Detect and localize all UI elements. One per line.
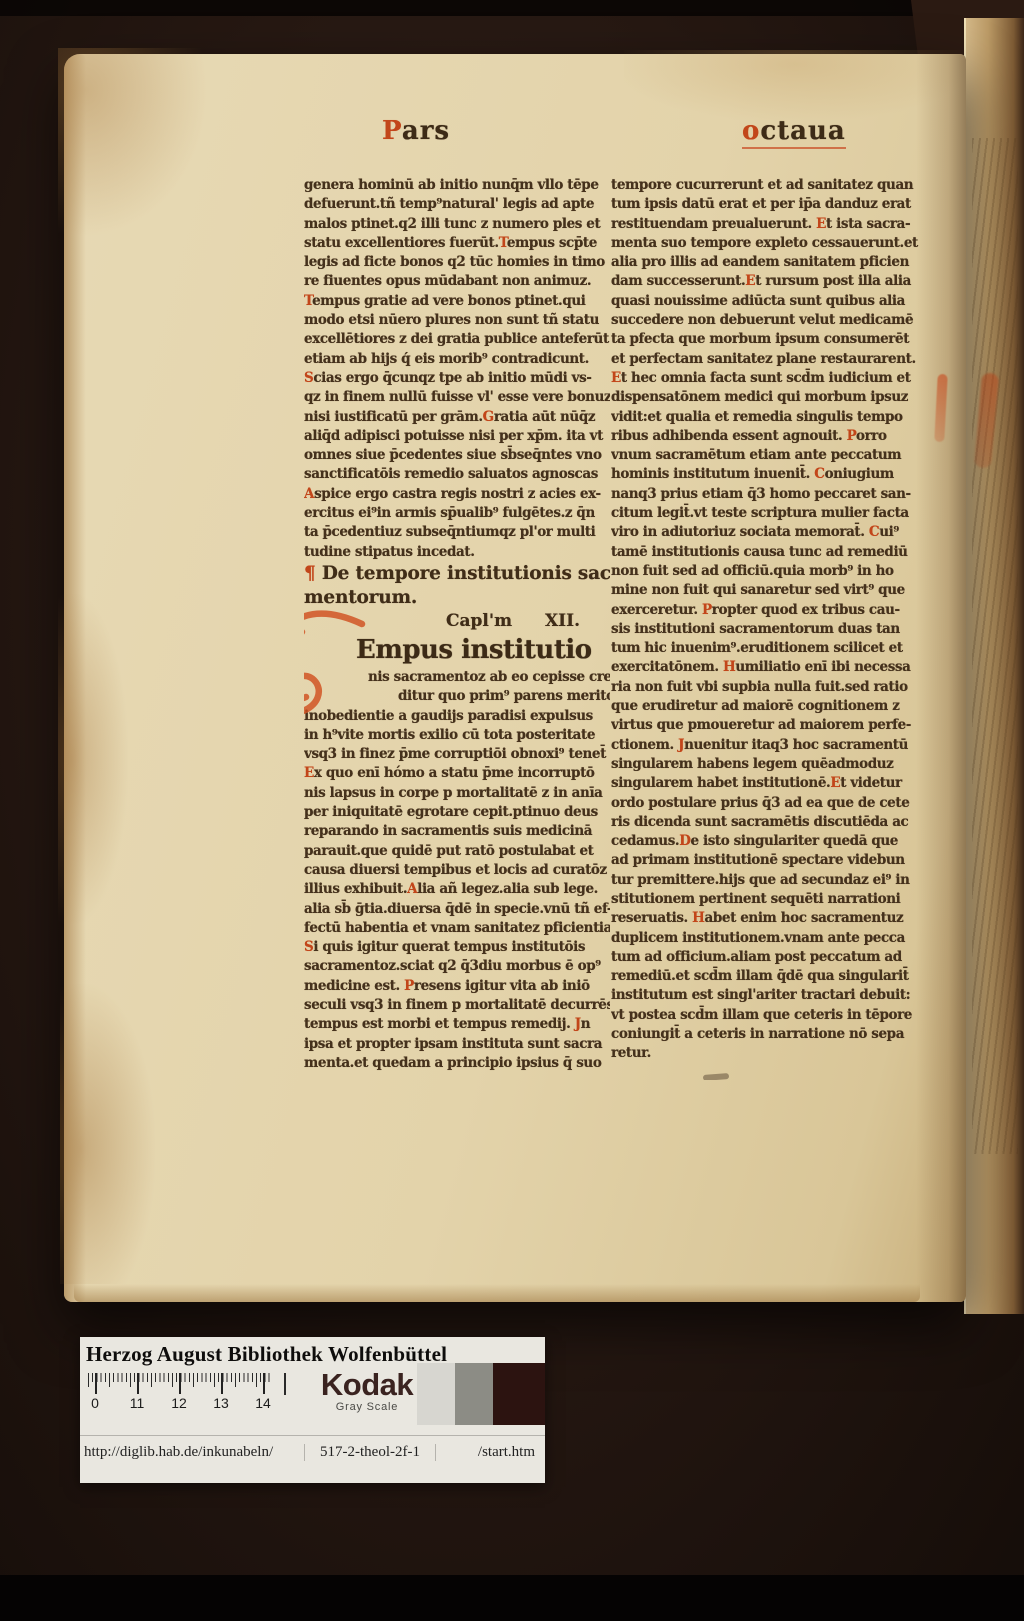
ruler-major-tick [221, 1373, 223, 1394]
ruler-label: 0 [74, 1395, 116, 1411]
next-page-edge [964, 18, 1024, 1314]
text-run: ratia aūt nūq̄z [494, 409, 595, 425]
text-run: ercitus ei⁹in armis sp̄ualib⁹ fulgētes.z… [304, 505, 595, 521]
text-line: duplicem institutionem.vnam ante pecca [611, 929, 923, 948]
text-run: non fuit sed ad officiū.quia morb⁹ in ho [611, 563, 894, 579]
text-run: malos ptinet.q2 illi tunc z numero ples … [304, 216, 600, 232]
text-run: P [404, 978, 414, 994]
text-line: alia sb̄ ḡtia.diuersa q̄dē in specie.vnū… [304, 900, 610, 919]
chapter-heading-line-1: ¶ De tempore institutionis sacra [304, 562, 610, 586]
text-run: 12 [171, 1395, 187, 1411]
text-run: tum hic inuenim⁹.eruditionem scilicet et [611, 640, 903, 656]
text-line: singularem habet institutionē.Et videtur [611, 774, 923, 793]
text-run: alia sb̄ ḡtia.diuersa q̄dē in specie.vnū… [304, 901, 610, 917]
text-run: P [847, 428, 856, 444]
right-body-lines: tempore cucurrerunt et ad sanitatez quan… [611, 176, 923, 1064]
ruler-label: 12 [158, 1395, 200, 1411]
text-run: ropter quod ex tribus cau- [712, 602, 900, 618]
text-run: cedamus. [611, 833, 679, 849]
text-run: tempore cucurrerunt et ad sanitatez quan [611, 177, 913, 193]
gray-scale-patches [417, 1363, 545, 1425]
text-run: dam successerunt. [611, 273, 745, 289]
text-run: tum ad officium.aliam post peccatum ad [611, 949, 902, 965]
text-run: medicine est. [304, 978, 404, 994]
text-line: defuerunt.tñ temp⁹natural' legis ad apte [304, 195, 610, 214]
digitization-url: http://diglib.hab.de/inkunabeln/ [80, 1444, 304, 1461]
text-run: causa diuersi tempibus et locis ad curat… [304, 862, 607, 878]
text-line: vsq3 in finez p̄me corruptiōi obnoxi⁹ te… [304, 745, 610, 764]
text-run: De tempore institutionis sacra [322, 563, 610, 584]
text-line: ditur quo prim⁹ parens merito [398, 687, 610, 706]
text-line: tum hic inuenim⁹.eruditionem scilicet et [611, 639, 923, 658]
text-line: nis lapsus in corpe p mortalitatē z in a… [304, 784, 610, 803]
text-line: ordo postulare prius q̄3 ad ea que de ce… [611, 794, 923, 813]
text-run: tudine stipatus incedat. [304, 544, 475, 560]
text-run: menta.et quedam a principio ipsius q̄ su… [304, 1055, 601, 1071]
text-run: G [483, 409, 494, 425]
text-run: oniugium [825, 466, 894, 482]
text-run: E [304, 765, 314, 781]
text-line: menta suo tempore expleto cessauerunt.et [611, 234, 923, 253]
text-run: i quis igitur querat tempus institutōis [313, 939, 585, 955]
text-run: restituendam preualuerunt. [611, 216, 816, 232]
text-line: sacramentoz.sciat q2 q̄3diu morbus ē op⁹ [304, 957, 610, 976]
text-run: E [611, 370, 621, 386]
text-run: etiam ab hijs q́ eis morib⁹ contradicunt… [304, 351, 589, 367]
text-run: empus scp̄te [507, 235, 597, 251]
text-line: ad primam institutionē spectare videbun [611, 851, 923, 870]
text-line: tamē institutionis causa tunc ad remediū [611, 543, 923, 562]
text-line: quasi nouissime adiūcta sunt quibus alia [611, 292, 923, 311]
text-line: dam successerunt.Et rursum post illa ali… [611, 272, 923, 291]
text-run: nis lapsus in corpe p mortalitatē z in a… [304, 785, 603, 801]
text-run: hominis institutum inuenit̄. [611, 466, 814, 482]
text-line: parauit.que quidē put ratō postulabat et [304, 842, 610, 861]
text-run: 13 [213, 1395, 229, 1411]
next-page-blurred-text [972, 138, 1018, 1154]
page-stain [624, 50, 964, 120]
ruler-major-tick [137, 1373, 139, 1394]
text-line: exercitatōnem. Humiliatio enī ibi necess… [611, 658, 923, 677]
text-run: parauit.que quidē put ratō postulabat et [304, 843, 594, 859]
text-run: tur premittere.hijs que ad secundaz ei⁹ … [611, 872, 910, 888]
chapter-number: XII. [545, 610, 580, 632]
text-run: P [382, 116, 402, 146]
text-line: tempus est morbi et tempus remedij. Jn [304, 1015, 610, 1034]
text-line: fectū habentia et vnam sanitatez pficien… [304, 919, 610, 938]
text-line: causa diuersi tempibus et locis ad curat… [304, 861, 610, 880]
text-line: genera hominū ab initio nunq̄m vllo tēpe [304, 176, 610, 195]
text-line: Aspice ergo castra regis nostri z acies … [304, 485, 610, 504]
text-run: A [407, 881, 417, 897]
text-line: que erudiretur ad maiorē cognitionem z [611, 697, 923, 716]
text-line: sis institutioni sacramentorum duas tan [611, 620, 923, 639]
text-run: vt postea scd̄m illam que ceteris in tēp… [611, 1007, 912, 1023]
text-line: retur. [611, 1044, 923, 1063]
text-run: reparando in sacramentis suis medicinā [304, 823, 592, 839]
text-run: ordo postulare prius q̄3 ad ea que de ce… [611, 795, 909, 811]
text-line: illius exhibuit.Alia añ legez.alia sub l… [304, 880, 610, 899]
left-body-lines: genera hominū ab initio nunq̄m vllo tēpe… [304, 176, 610, 562]
page-stain [60, 984, 155, 1284]
text-line: dispensatōnem medici qui morbum ipsuz [611, 388, 923, 407]
text-run: E [816, 216, 826, 232]
kodak-logo: Kodak [298, 1369, 436, 1401]
text-run: T [304, 293, 312, 309]
text-line: non fuit sed ad officiū.quia morb⁹ in ho [611, 562, 923, 581]
chapter-opening: t Empus institutio nis sacramentoz ab eo… [304, 632, 610, 1073]
text-line: succedere non debuerunt velut medicamē [611, 311, 923, 330]
ruler-major-tick [263, 1373, 265, 1394]
top-shadow-strip [0, 0, 1024, 16]
text-run: per iniquitatē egrotare cepit.ptinuo deu… [304, 804, 598, 820]
text-line: legis ad ficte bonos q2 tūc homies in ti… [304, 253, 610, 272]
text-run: institutum est singl'ariter tractari deb… [611, 987, 910, 1003]
text-run: genera hominū ab initio nunq̄m vllo tēpe [304, 177, 599, 193]
text-run: retur. [611, 1045, 651, 1061]
text-run: qz in finem nullū fuisse vl' esse vere b… [304, 389, 610, 405]
text-run: in h⁹vite mortis exilio cū tota posterit… [304, 727, 595, 743]
text-run: nisi iustificatū per grām. [304, 409, 483, 425]
text-line: ercitus ei⁹in armis sp̄ualib⁹ fulgētes.z… [304, 504, 610, 523]
ruler-label: 14 [242, 1395, 284, 1411]
kodak-block: Kodak Gray Scale [298, 1369, 436, 1413]
chapter-body-lines: inobedientie a gaudijs paradisi expulsus… [304, 707, 610, 1074]
text-run: dispensatōnem medici qui morbum ipsuz [611, 389, 908, 405]
text-run: n [581, 1016, 590, 1032]
text-line: mine non fuit qui sanaretur sed virt⁹ qu… [611, 581, 923, 600]
shelfmark: 517-2-theol-2f-1 [304, 1444, 435, 1461]
chapter-incipit: Empus institutio [356, 632, 610, 668]
text-line: etiam ab hijs q́ eis morib⁹ contradicunt… [304, 350, 610, 369]
text-line: virtus que pmoueretur ad maiorem perfe- [611, 716, 923, 735]
text-line: vt postea scd̄m illam que ceteris in tēp… [611, 1006, 923, 1025]
page-stain [58, 48, 208, 238]
text-run: sacramentoz.sciat q2 q̄3diu morbus ē op⁹ [304, 958, 601, 974]
card-bottom-row: http://diglib.hab.de/inkunabeln/ 517-2-t… [80, 1435, 545, 1468]
text-run: E [830, 775, 840, 791]
text-run: T [499, 235, 507, 251]
text-line: ta pfecta que morbum ipsum consumerēt [611, 330, 923, 349]
card-middle-row: 011121314 Kodak Gray Scale [80, 1367, 545, 1429]
text-run: virtus que pmoueretur ad maiorem perfe- [611, 717, 911, 733]
text-column-right: tempore cucurrerunt et ad sanitatez quan… [611, 176, 923, 1080]
text-run: ribus adhibenda essent agnouit. [611, 428, 847, 444]
chapter-heading-line-2: mentorum. [304, 586, 610, 610]
text-run: tum ipsis datū erat et per ip̄a danduz e… [611, 196, 911, 212]
text-line: coniungit̄ a ceteris in narratione nō se… [611, 1025, 923, 1044]
text-run: orro [856, 428, 887, 444]
book-page: Pars octaua genera hominū ab initio nunq… [64, 54, 966, 1302]
text-line: reseruatis. Habet enim hoc sacramentuz [611, 909, 923, 928]
text-run: umiliatio enī ibi necessa [735, 659, 910, 675]
text-line: ria non fuit vbi supbia nulla fuit.sed r… [611, 678, 923, 697]
text-line: ribus adhibenda essent agnouit. Porro [611, 427, 923, 446]
text-run: P [702, 602, 712, 618]
ruler-label: 11 [116, 1395, 158, 1411]
ruler-minor-ticks [88, 1373, 286, 1395]
text-line: vnum sacramētum etiam ante peccatum [611, 446, 923, 465]
text-line: reparando in sacramentis suis medicinā [304, 822, 610, 841]
text-line: tum ipsis datū erat et per ip̄a danduz e… [611, 195, 923, 214]
text-run: remediū.et scd̄m illam q̄dē qua singular… [611, 968, 909, 984]
text-run: alia pro illis ad eandem sanitatem pfici… [611, 254, 909, 270]
text-run: ta pfecta que morbum ipsum consumerēt [611, 331, 909, 347]
text-run: S [304, 370, 313, 386]
text-line: Tempus gratie ad vere bonos ptinet.qui [304, 292, 610, 311]
text-line: in h⁹vite mortis exilio cū tota posterit… [304, 726, 610, 745]
text-run: nanq3 prius etiam q̄3 homo peccaret san- [611, 486, 911, 502]
text-run: H [723, 659, 735, 675]
text-line: excellētiores z dei gratia publice antef… [304, 330, 610, 349]
text-run: S [304, 939, 313, 955]
text-run: illius exhibuit. [304, 881, 407, 897]
gray-patch-dark [493, 1363, 545, 1425]
text-run: ria non fuit vbi supbia nulla fuit.sed r… [611, 679, 908, 695]
text-run: omnes siue p̄cedentes siue sb̄seq̄ntes v… [304, 447, 602, 463]
text-line: sanctificatōis remedio saluatos agnoscas [304, 465, 610, 484]
text-run: ¶ [304, 563, 322, 584]
text-line: alia pro illis ad eandem sanitatem pfici… [611, 253, 923, 272]
gray-patch-mid [455, 1363, 493, 1425]
page-stain [58, 594, 128, 924]
text-line: menta.et quedam a principio ipsius q̄ su… [304, 1054, 610, 1073]
text-line: ipsa et propter ipsam instituta sunt sac… [304, 1035, 610, 1054]
text-line: statu excellentiores fuerūt.Tempus scp̄t… [304, 234, 610, 253]
text-run: empus gratie ad vere bonos ptinet.qui [312, 293, 585, 309]
text-line: nanq3 prius etiam q̄3 homo peccaret san- [611, 485, 923, 504]
text-line: Si quis igitur querat tempus institutōis [304, 938, 610, 957]
text-run: sanctificatōis remedio saluatos agnoscas [304, 466, 598, 482]
library-color-card: Herzog August Bibliothek Wolfenbüttel 01… [80, 1337, 545, 1483]
text-run: reseruatis. [611, 910, 692, 926]
text-run: o [742, 116, 760, 146]
text-line: citum legit̄.vt teste scriptura mulier f… [611, 504, 923, 523]
ruler-major-ticks [88, 1373, 270, 1395]
text-line: stitutionem pertinent sequēti narrationi [611, 890, 923, 909]
text-line: singularem habens legem quēadmoduz [611, 755, 923, 774]
chapter-caption: Capl'm XII. [304, 610, 610, 632]
text-line: seculi vsq3 in finem p mortalitatē decur… [304, 996, 610, 1015]
text-run: spice ergo castra regis nostri z acies e… [314, 486, 601, 502]
text-run: D [679, 833, 690, 849]
text-run: viro in adiutoriuz sociata memorat̄. [611, 524, 869, 540]
text-run: quasi nouissime adiūcta sunt quibus alia [611, 293, 905, 309]
text-run: 11 [130, 1395, 145, 1411]
text-line: omnes siue p̄cedentes siue sb̄seq̄ntes v… [304, 446, 610, 465]
text-run: x quo enī hómo a statu p̄me incorruptō [314, 765, 595, 781]
text-line: cedamus.De isto singulariter quedā que [611, 832, 923, 851]
text-line: aliq̄d adipisci potuisse nisi per xp̄m. … [304, 427, 610, 446]
running-header-pars: Pars [382, 116, 450, 146]
gray-scale-label: Gray Scale [298, 1401, 436, 1413]
text-line: remediū.et scd̄m illam q̄dē qua singular… [611, 967, 923, 986]
text-line: per iniquitatē egrotare cepit.ptinuo deu… [304, 803, 610, 822]
text-line: inobedientie a gaudijs paradisi expulsus [304, 707, 610, 726]
text-line: ris dicenda sunt sacramētis discutiēda a… [611, 813, 923, 832]
text-column-left: genera hominū ab initio nunq̄m vllo tēpe… [304, 176, 610, 1073]
ruler-label: 13 [200, 1395, 242, 1411]
text-line: nis sacramentoz ab eo cepisse cre [368, 668, 610, 687]
text-run: mine non fuit qui sanaretur sed virt⁹ qu… [611, 582, 905, 598]
text-run: et perfectam sanitatez plane restauraren… [611, 351, 916, 367]
ink-smudge [703, 1073, 729, 1080]
ruler-major-tick [95, 1373, 97, 1394]
text-run: ars [402, 116, 450, 146]
text-line: Et hec omnia facta sunt scd̄m iudicium e… [611, 369, 923, 388]
text-run: vsq3 in finez p̄me corruptiōi obnoxi⁹ te… [304, 746, 606, 762]
text-line: viro in adiutoriuz sociata memorat̄. Cui… [611, 523, 923, 542]
bottom-black-bar [0, 1575, 1024, 1621]
text-line: Ex quo enī hómo a statu p̄me incorruptō [304, 764, 610, 783]
text-run: singularem habens legem quēadmoduz [611, 756, 893, 772]
text-run: abet enim hoc sacramentuz [705, 910, 904, 926]
text-run: inobedientie a gaudijs paradisi expulsus [304, 708, 593, 724]
text-run: t rursum post illa alia [755, 273, 911, 289]
text-line: re fiuentes opus mūdabant non animuz. [304, 272, 610, 291]
text-line: ctionem. Jnuenitur itaq3 hoc sacramentū [611, 736, 923, 755]
text-run: excellētiores z dei gratia publice antef… [304, 331, 609, 347]
text-run: singularem habet institutionē. [611, 775, 830, 791]
text-line: tum ad officium.aliam post peccatum ad [611, 948, 923, 967]
text-run: re fiuentes opus mūdabant non animuz. [304, 273, 591, 289]
text-run: t ista sacra- [826, 216, 910, 232]
text-run: C [869, 524, 879, 540]
text-run: resens igitur vita ab iniō [414, 978, 590, 994]
text-run: ris dicenda sunt sacramētis discutiēda a… [611, 814, 908, 830]
text-run: ui⁹ [879, 524, 899, 540]
text-run: ctionem. [611, 737, 678, 753]
text-run: modo etsi nūero plures non sunt tñ statu [304, 312, 599, 328]
text-run: legis ad ficte bonos q2 tūc homies in ti… [304, 254, 605, 270]
text-line: tur premittere.hijs que ad secundaz ei⁹ … [611, 871, 923, 890]
text-run: exerceretur. [611, 602, 702, 618]
text-run: t hec omnia facta sunt scd̄m iudicium et [621, 370, 911, 386]
text-run: coniungit̄ a ceteris in narratione nō se… [611, 1026, 904, 1042]
text-line: tempore cucurrerunt et ad sanitatez quan [611, 176, 923, 195]
text-run: fectū habentia et vnam sanitatez pficien… [304, 920, 610, 936]
text-run: duplicem institutionem.vnam ante pecca [611, 930, 905, 946]
text-run: lia añ legez.alia sub lege. [417, 881, 598, 897]
text-line: qz in finem nullū fuisse vl' esse vere b… [304, 388, 610, 407]
text-run: t videtur [840, 775, 902, 791]
text-run: defuerunt.tñ temp⁹natural' legis ad apte [304, 196, 594, 212]
text-run: seculi vsq3 in finem p mortalitatē decur… [304, 997, 610, 1013]
text-run: cias ergo q̄cunqz tpe ab initio mūdi vs- [313, 370, 591, 386]
text-line: Scias ergo q̄cunqz tpe ab initio mūdi vs… [304, 369, 610, 388]
ruler-labels: 011121314 [74, 1395, 286, 1411]
chapter-label: Capl'm [446, 610, 512, 632]
text-run: exercitatōnem. [611, 659, 723, 675]
text-line: hominis institutum inuenit̄. Coniugium [611, 465, 923, 484]
text-run: 0 [91, 1395, 99, 1411]
text-line: modo etsi nūero plures non sunt tñ statu [304, 311, 610, 330]
text-line: vidit:et qualia et remedia singulis temp… [611, 408, 923, 427]
text-line: exerceretur. Propter quod ex tribus cau- [611, 601, 923, 620]
text-run: succedere non debuerunt velut medicamē [611, 312, 913, 328]
text-run: que erudiretur ad maiorē cognitionem z [611, 698, 899, 714]
gray-patch-light [417, 1363, 455, 1425]
text-run: vnum sacramētum etiam ante peccatum [611, 447, 901, 463]
text-run: vidit:et qualia et remedia singulis temp… [611, 409, 903, 425]
binding-gutter-shadow [916, 54, 966, 1302]
photograph-background: Pars octaua genera hominū ab initio nunq… [0, 0, 1024, 1621]
text-run: aliq̄d adipisci potuisse nisi per xp̄m. … [304, 428, 603, 444]
text-run: statu excellentiores fuerūt. [304, 235, 499, 251]
text-line: restituendam preualuerunt. Et ista sacra… [611, 215, 923, 234]
text-line: medicine est. Presens igitur vita ab ini… [304, 977, 610, 996]
ruler-major-tick [179, 1373, 181, 1394]
text-run: tamē institutionis causa tunc ad remediū [611, 544, 908, 560]
text-run: ta p̄cedentiuz subseq̄ntiumqz pl'or mult… [304, 524, 595, 540]
text-run: stitutionem pertinent sequēti narrationi [611, 891, 900, 907]
text-run: nuenitur itaq3 hoc sacramentū [684, 737, 908, 753]
text-run: 14 [255, 1395, 271, 1411]
text-run: citum legit̄.vt teste scriptura mulier f… [611, 505, 909, 521]
ruler: 011121314 [88, 1373, 286, 1411]
start-page: /start.htm [435, 1444, 545, 1461]
text-run: tempus est morbi et tempus remedij. [304, 1016, 575, 1032]
text-line: malos ptinet.q2 illi tunc z numero ples … [304, 215, 610, 234]
text-run: ctaua [760, 116, 845, 146]
text-line: nisi iustificatū per grām.Gratia aūt nūq… [304, 408, 610, 427]
text-run: menta suo tempore expleto cessauerunt.et [611, 235, 918, 251]
running-header-octava: octaua [742, 116, 846, 149]
text-run: ipsa et propter ipsam instituta sunt sac… [304, 1036, 602, 1052]
text-run: C [814, 466, 824, 482]
text-run: ad primam institutionē spectare videbun [611, 852, 905, 868]
text-line: tudine stipatus incedat. [304, 543, 610, 562]
text-run: sis institutioni sacramentorum duas tan [611, 621, 900, 637]
text-line: et perfectam sanitatez plane restauraren… [611, 350, 923, 369]
text-run: E [745, 273, 755, 289]
text-run: H [692, 910, 704, 926]
text-line: ta p̄cedentiuz subseq̄ntiumqz pl'or mult… [304, 523, 610, 542]
text-line: institutum est singl'ariter tractari deb… [611, 986, 923, 1005]
text-run: e isto singulariter quedā que [691, 833, 899, 849]
text-run: A [304, 486, 314, 502]
